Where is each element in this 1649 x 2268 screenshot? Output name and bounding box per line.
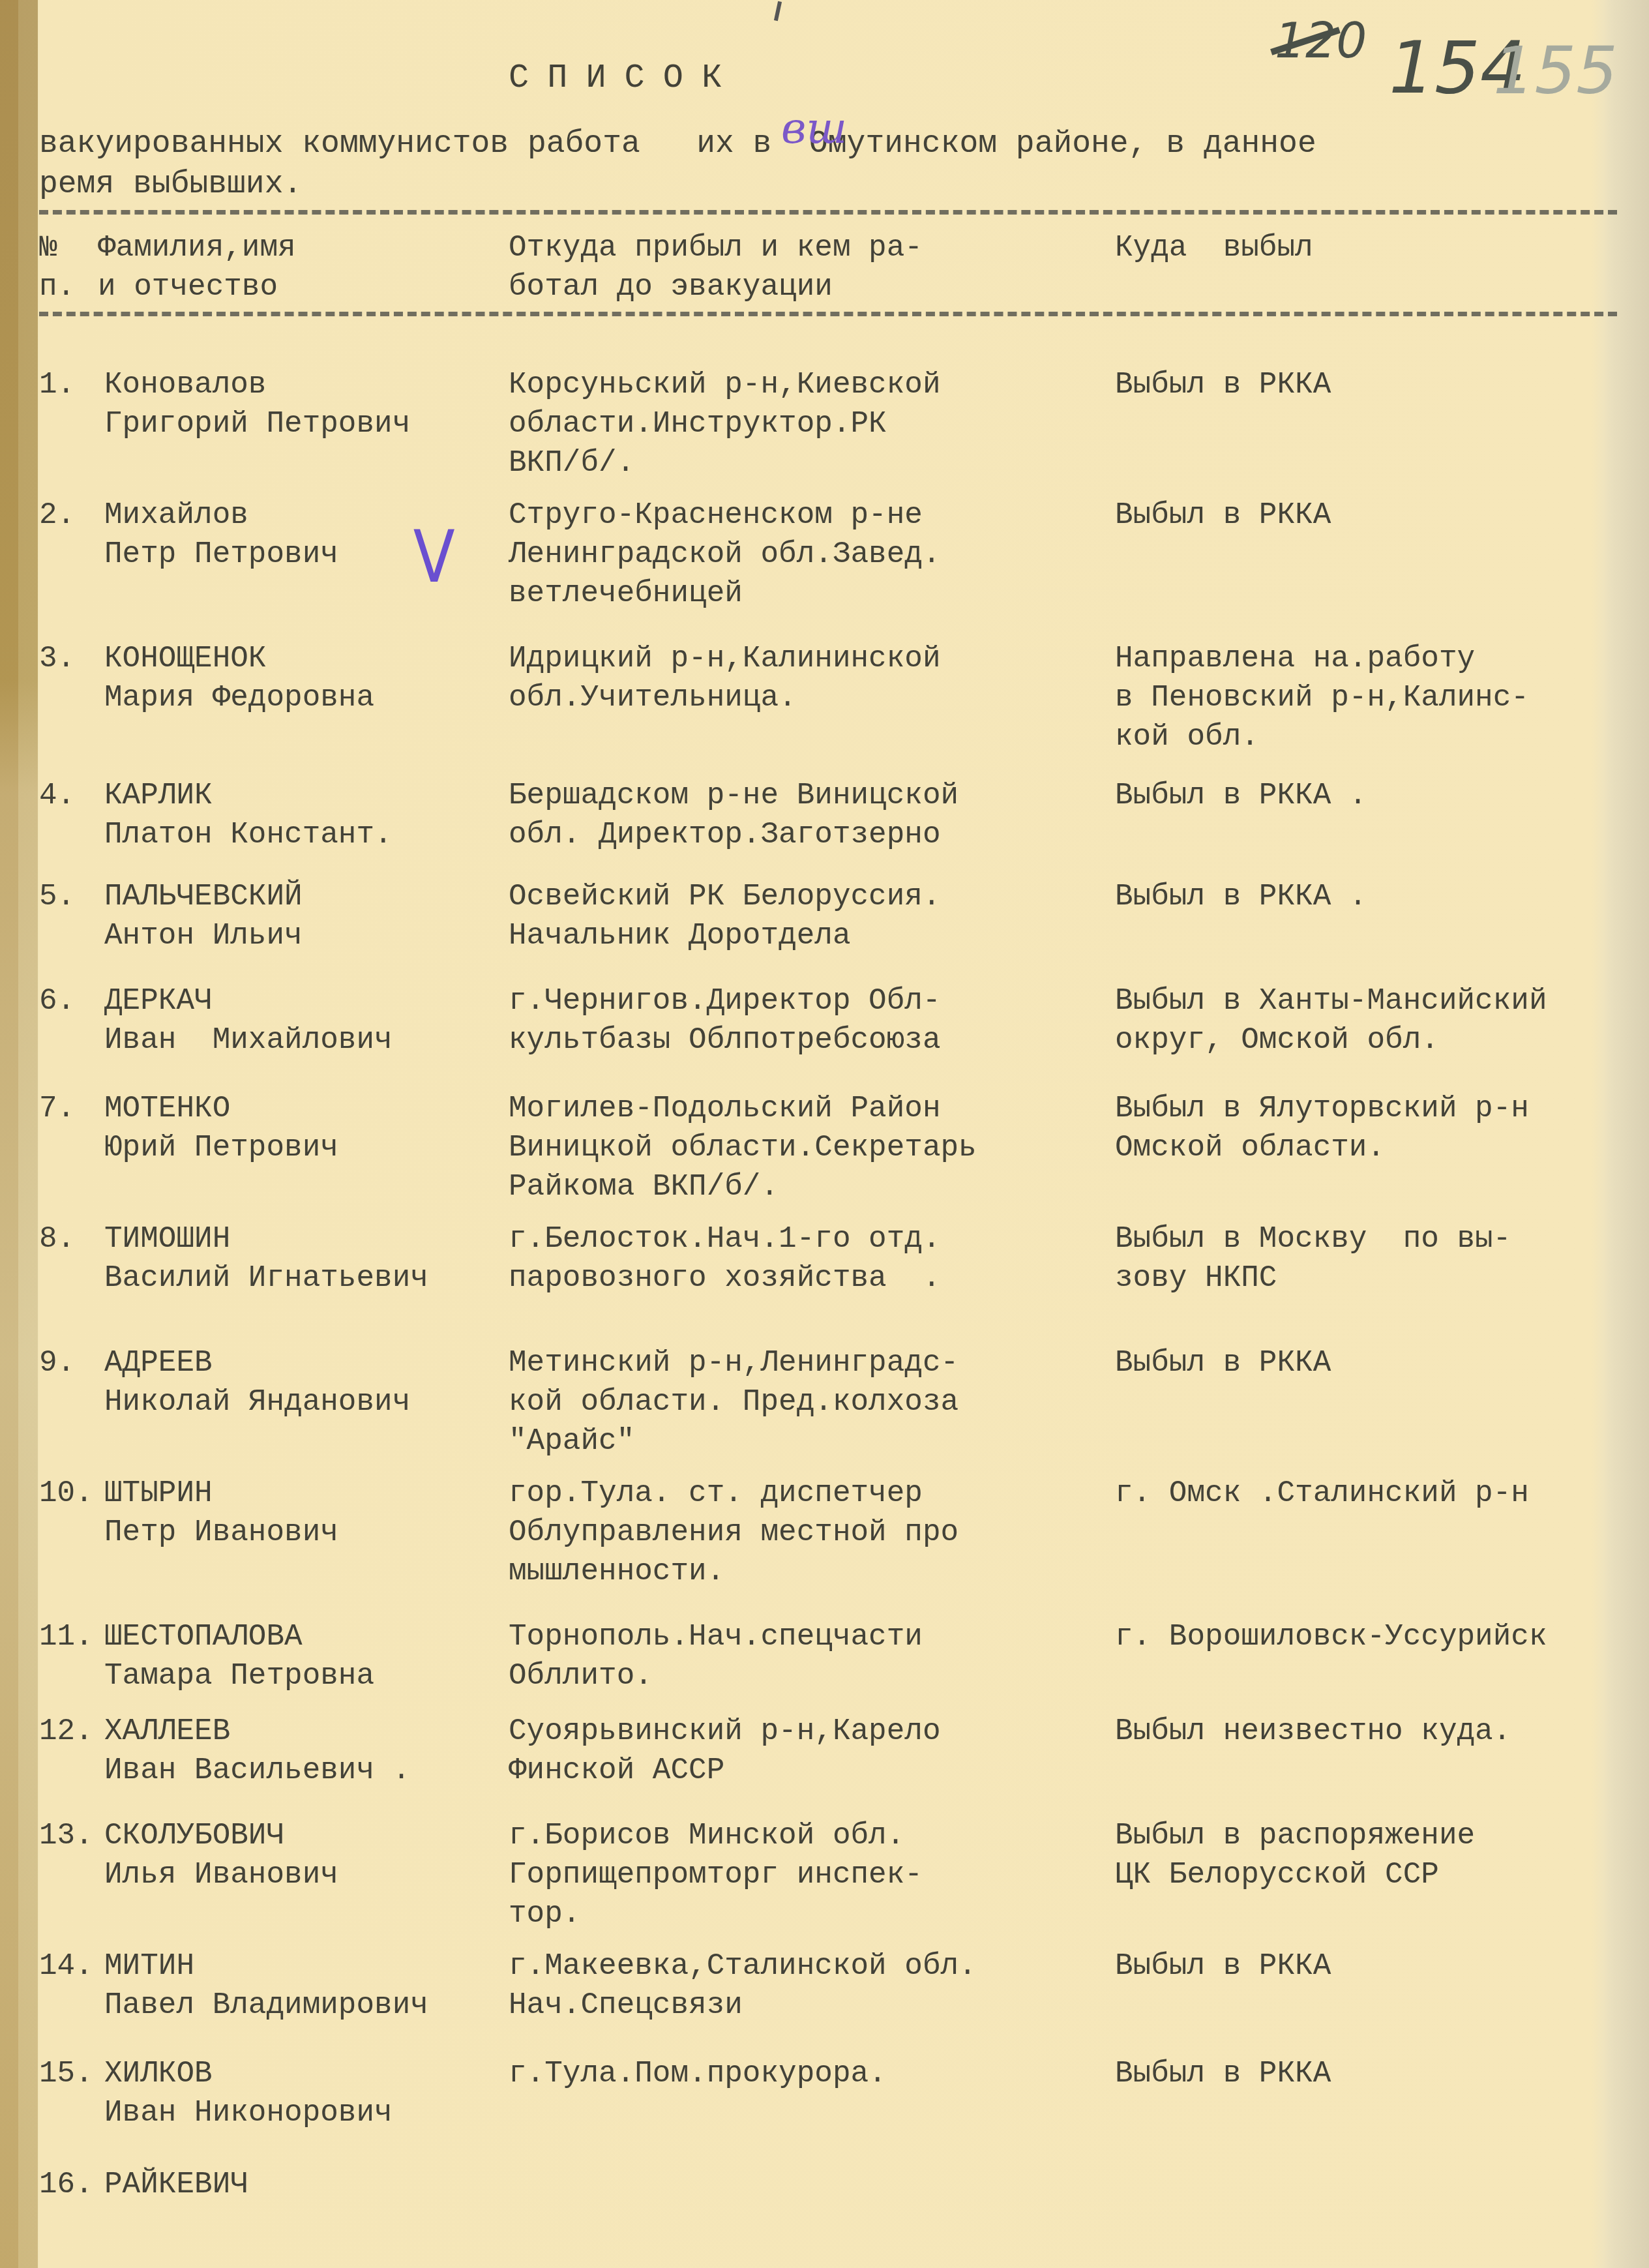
row-number: 11. <box>39 1617 93 1656</box>
row-number: 2. <box>39 496 75 535</box>
header-num-2: п. <box>39 270 75 304</box>
person-name: ХИЛКОВ Иван Никонорович <box>104 2054 393 2132</box>
origin-and-position: Могилев-Подольский Район Виницкой област… <box>509 1089 977 1206</box>
origin-and-position: Корсуньский р-н,Киевской области.Инструк… <box>509 365 941 483</box>
header-name: Фамилия,имя и отчество <box>98 228 296 306</box>
header-from-1: Откуда прибыл и кем ра- <box>509 231 923 265</box>
origin-and-position: г.Борисов Минской обл. Горпищепромторг и… <box>509 1816 923 1933</box>
origin-and-position: г.Тула.Пом.прокурора. <box>509 2054 887 2093</box>
document-title: СПИСОК <box>509 59 740 97</box>
destination: Выбыл в распоряжение ЦК Белорусской ССР <box>1115 1816 1475 1894</box>
header-num: № п. <box>39 228 75 306</box>
subtitle-line-1: вакуированных коммунистов работа их в Ом… <box>39 127 1316 162</box>
person-name: РАЙКЕВИЧ <box>104 2165 248 2204</box>
divider-top <box>39 210 1617 215</box>
folio-number-faint: 155 <box>1493 33 1618 109</box>
row-number: 1. <box>39 365 75 404</box>
header-name-1: Фамилия,имя <box>98 231 296 265</box>
destination: Выбыл в РККА . <box>1115 776 1367 815</box>
origin-and-position: Бершадском р-не Виницской обл. Директор.… <box>509 776 958 854</box>
row-number: 5. <box>39 877 75 916</box>
row-number: 7. <box>39 1089 75 1128</box>
document-subtitle: вакуированных коммунистов работа их в Ом… <box>39 124 1316 205</box>
destination: г. Ворошиловск-Уссурийск <box>1115 1617 1547 1656</box>
page-edge <box>1603 0 1649 2268</box>
person-name: ШТЫРИН Петр Иванович <box>104 1474 338 1552</box>
handwritten-correction: вш <box>781 103 847 153</box>
folio-crossed-text: 120 <box>1275 13 1367 69</box>
origin-and-position: Идрицкий р-н,Калининской обл.Учительница… <box>509 639 941 717</box>
origin-and-position: г.Белосток.Нач.1-го отд. паровозного хоз… <box>509 1219 941 1298</box>
destination: Выбыл в РККА <box>1115 2054 1331 2093</box>
folio-number-crossed: 120 <box>1275 13 1367 69</box>
header-to: Куда выбыл <box>1115 228 1313 267</box>
origin-and-position: Метинский р-н,Ленинградс- кой области. П… <box>509 1343 958 1461</box>
destination: Выбыл в РККА <box>1115 365 1331 404</box>
origin-and-position: Освейский РК Белоруссия. Начальник Дорот… <box>509 877 941 955</box>
origin-and-position: Суоярьвинский р-н,Карело Финской АССР <box>509 1712 941 1790</box>
destination: Выбыл в РККА <box>1115 496 1331 535</box>
binding-edge <box>0 0 38 2268</box>
destination: Направлена на.работу в Пеновский р-н,Кал… <box>1115 639 1529 756</box>
origin-and-position: г.Чернигов.Директор Обл- культбазы Облпо… <box>509 981 941 1060</box>
person-name: Коновалов Григорий Петрович <box>104 365 410 443</box>
row-number: 14. <box>39 1947 93 1986</box>
row-number: 12. <box>39 1712 93 1751</box>
origin-and-position: г.Макеевка,Сталинской обл. Нач.Спецсвязи <box>509 1947 977 2025</box>
row-number: 6. <box>39 981 75 1021</box>
origin-and-position: гор.Тула. ст. диспетчер Облуправления ме… <box>509 1474 958 1591</box>
row-number: 4. <box>39 776 75 815</box>
person-name: ХАЛЛЕЕВ Иван Васильевич . <box>104 1712 410 1790</box>
destination: Выбыл в Ханты-Мансийский округ, Омской о… <box>1115 981 1547 1060</box>
header-name-2: и отчество <box>98 270 278 304</box>
person-name: ШЕСТОПАЛОВА Тамара Петровна <box>104 1617 374 1695</box>
person-name: КАРЛИК Платон Констант. <box>104 776 393 854</box>
destination: Выбыл в Москву по вы- зову НКПС <box>1115 1219 1511 1298</box>
person-name: ПАЛЬЧЕВСКИЙ Антон Ильич <box>104 877 303 955</box>
header-to-1: Куда выбыл <box>1115 231 1313 265</box>
header-from: Откуда прибыл и кем ра- ботал до эвакуац… <box>509 228 923 306</box>
header-num-1: № <box>39 231 57 265</box>
row-number: 15. <box>39 2054 93 2093</box>
person-name: СКОЛУБОВИЧ Илья Иванович <box>104 1816 338 1894</box>
row-number: 9. <box>39 1343 75 1382</box>
person-name: КОНОЩЕНОК Мария Федоровна <box>104 639 374 717</box>
person-name: АДРЕЕВ Николай Янданович <box>104 1343 410 1422</box>
header-from-2: ботал до эвакуации <box>509 270 833 304</box>
row-number: 3. <box>39 639 75 678</box>
destination: Выбыл в РККА . <box>1115 877 1367 916</box>
row-number: 8. <box>39 1219 75 1259</box>
destination: Выбыл в РККА <box>1115 1343 1331 1382</box>
person-name: ДЕРКАЧ Иван Михайлович <box>104 981 393 1060</box>
person-name: ТИМОШИН Василий Игнатьевич <box>104 1219 428 1298</box>
divider-header <box>39 312 1617 316</box>
person-name: МОТЕНКО Юрий Петрович <box>104 1089 338 1167</box>
person-name: Михайлов Петр Петрович <box>104 496 338 574</box>
destination: г. Омск .Сталинский р-н <box>1115 1474 1529 1513</box>
destination: Выбыл неизвестно куда. <box>1115 1712 1511 1751</box>
person-name: МИТИН Павел Владимирович <box>104 1947 428 2025</box>
destination: Выбыл в Ялуторвский р-н Омской области. <box>1115 1089 1529 1167</box>
row-number: 13. <box>39 1816 93 1855</box>
row-number: 10. <box>39 1474 93 1513</box>
origin-and-position: Торнополь.Нач.спецчасти Обллито. <box>509 1617 923 1695</box>
row-number: 16. <box>39 2165 93 2204</box>
destination: Выбыл в РККА <box>1115 1947 1331 1986</box>
subtitle-line-2: ремя выбывших. <box>39 167 302 202</box>
check-mark-icon: V <box>413 515 455 599</box>
origin-and-position: Струго-Красненском р-не Ленинградской об… <box>509 496 941 613</box>
